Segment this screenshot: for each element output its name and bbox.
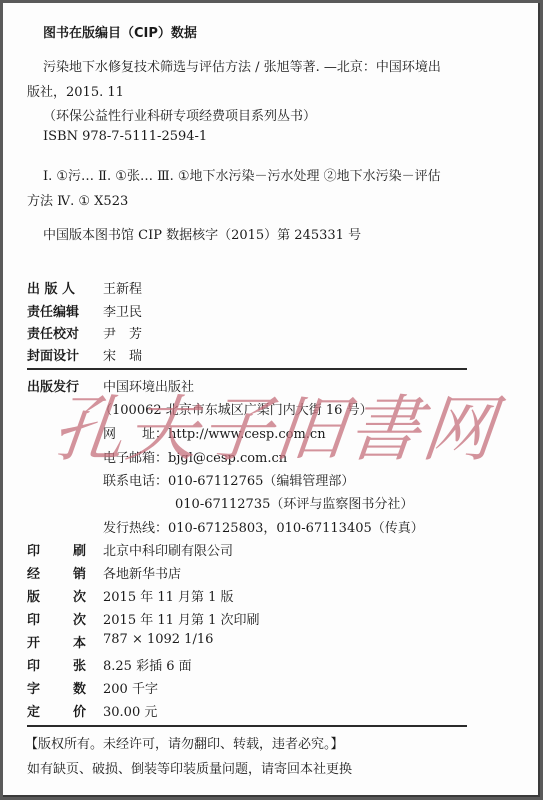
staff-value-publisher: 王新程 — [103, 278, 142, 297]
spec-value-edition: 2015 年 11 月第 1 版 — [103, 586, 234, 605]
spec-value-distributor: 各地新华书店 — [103, 563, 181, 582]
publisher-name: 中国环境出版社 — [103, 376, 194, 395]
phone1-value: 010-67112765（编辑管理部） — [168, 474, 354, 489]
staff-value-cover-design: 宋 瑞 — [103, 345, 142, 364]
email-value: bjgl@cesp.com.cn — [168, 451, 287, 466]
spec-label-edition-a: 版 — [27, 586, 40, 605]
phone2-value: 010-67112735（环评与监察图书分社） — [175, 493, 413, 512]
website-value: http://www.cesp.com.cn — [168, 427, 326, 442]
staff-label-publisher: 出 版 人 — [27, 278, 75, 297]
email-row: 电子邮箱：bjgl@cesp.com.cn — [103, 447, 287, 466]
returns-notice: 如有缺页、破损、倒装等印装质量问题，请寄回本社更换 — [27, 758, 352, 777]
spec-label-format-a: 开 — [27, 632, 40, 651]
divider-bottom — [27, 725, 467, 727]
spec-label-sheets-a: 印 — [27, 655, 40, 674]
spec-value-format: 787 × 1092 1/16 — [103, 632, 213, 647]
spec-label-printing-a: 印 — [27, 609, 40, 628]
hotline-value: 010-67125803，010-67113405（传真） — [168, 521, 424, 536]
phone-row: 联系电话：010-67112765（编辑管理部） — [103, 470, 354, 489]
spec-label-printer-a: 印 — [27, 540, 40, 559]
publisher-label: 出版发行 — [27, 376, 79, 395]
hotline-label: 发行热线： — [103, 521, 168, 536]
cip-classification-line2: 方法 Ⅳ. ① X523 — [27, 190, 128, 209]
spec-label-price-b: 价 — [73, 701, 86, 720]
staff-value-editor: 李卫民 — [103, 301, 142, 320]
cip-title-line1: 污染地下水修复技术筛选与评估方法 / 张旭等著. —北京：中国环境出 — [43, 56, 441, 75]
spec-label-format-b: 本 — [73, 632, 86, 651]
spec-label-printing-b: 次 — [73, 609, 86, 628]
copyright-page: 图书在版编目（CIP）数据 污染地下水修复技术筛选与评估方法 / 张旭等著. —… — [3, 3, 540, 797]
spec-value-printer: 北京中科印刷有限公司 — [103, 540, 233, 559]
cip-number: 中国版本图书馆 CIP 数据核字（2015）第 245331 号 — [43, 224, 361, 243]
copyright-notice: 【版权所有。未经许可，请勿翻印、转载，违者必究。】 — [25, 733, 344, 752]
spec-label-price-a: 定 — [27, 701, 40, 720]
staff-label-editor: 责任编辑 — [27, 301, 79, 320]
spec-label-sheets-b: 张 — [73, 655, 86, 674]
cip-title-line2: 版社，2015. 11 — [27, 81, 124, 100]
spec-value-wordcount: 200 千字 — [103, 678, 158, 697]
spec-label-printer-b: 刷 — [73, 540, 86, 559]
website-label: 网 址： — [103, 427, 168, 442]
spec-label-distributor-a: 经 — [27, 563, 40, 582]
email-label: 电子邮箱： — [103, 451, 168, 466]
hotline-row: 发行热线：010-67125803，010-67113405（传真） — [103, 517, 424, 536]
cip-heading: 图书在版编目（CIP）数据 — [43, 22, 197, 41]
spec-label-distributor-b: 销 — [73, 563, 86, 582]
staff-label-proofreader: 责任校对 — [27, 323, 79, 342]
publisher-address: （100062 北京市东城区广渠门内大街 16 号） — [99, 399, 373, 418]
cip-classification-line1: Ⅰ. ①污… Ⅱ. ①张… Ⅲ. ①地下水污染－污水处理 ②地下水污染－评估 — [43, 165, 441, 184]
spec-label-wordcount-b: 数 — [73, 678, 86, 697]
divider-top — [27, 368, 467, 370]
spec-label-wordcount-a: 字 — [27, 678, 40, 697]
spec-value-printing: 2015 年 11 月第 1 次印刷 — [103, 609, 260, 628]
staff-label-cover-design: 封面设计 — [27, 345, 79, 364]
staff-value-proofreader: 尹 芳 — [103, 323, 142, 342]
phone-label: 联系电话： — [103, 474, 168, 489]
cip-series: （环保公益性行业科研专项经费项目系列丛书） — [43, 105, 316, 124]
spec-value-price: 30.00 元 — [103, 701, 157, 720]
spec-label-edition-b: 次 — [73, 586, 86, 605]
cip-isbn: ISBN 978-7-5111-2594-1 — [43, 129, 207, 144]
website-row: 网 址：http://www.cesp.com.cn — [103, 423, 326, 442]
spec-value-sheets: 8.25 彩插 6 面 — [103, 655, 192, 674]
